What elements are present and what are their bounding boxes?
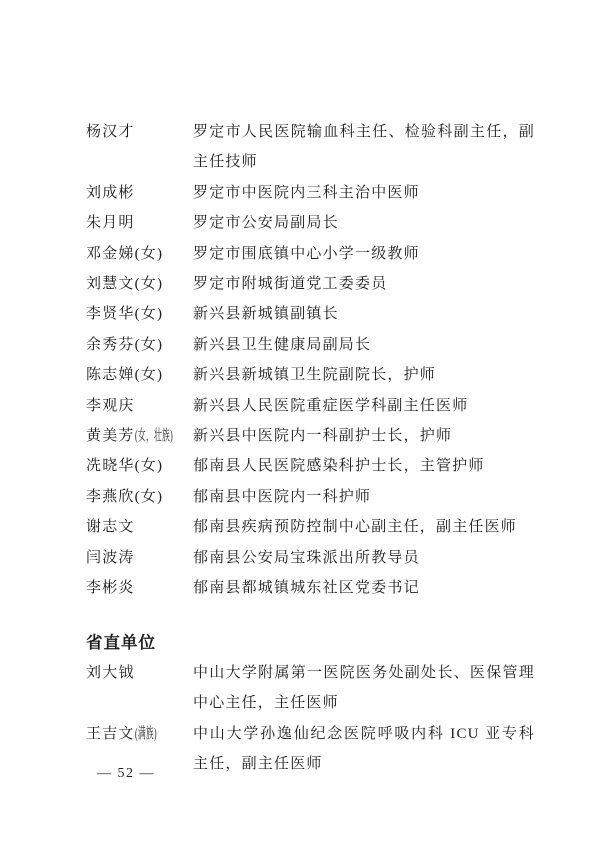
person-title: 郁南县都城镇城东社区党委书记 [193, 573, 535, 603]
list-item: 邓金娣(女)罗定市围底镇中心小学一级教师 [86, 239, 535, 269]
person-name: 陈志婵(女) [86, 360, 193, 390]
list-section: 杨汉才罗定市人民医院输血科主任、检验科副主任，副主任技师刘成彬罗定市中医院内三科… [86, 117, 535, 604]
person-name-text: 李彬炎 [86, 580, 135, 596]
person-name: 刘成彬 [86, 178, 193, 208]
person-name: 闫波涛 [86, 543, 193, 573]
person-title: 新兴县卫生健康局副局长 [193, 330, 535, 360]
person-title: 罗定市人民医院输血科主任、检验科副主任，副主任技师 [193, 117, 535, 178]
award-list: 杨汉才罗定市人民医院输血科主任、检验科副主任，副主任技师刘成彬罗定市中医院内三科… [86, 117, 535, 780]
document-page: 杨汉才罗定市人民医院输血科主任、检验科副主任，副主任技师刘成彬罗定市中医院内三科… [0, 0, 612, 859]
person-title: 新兴县新城镇副镇长 [193, 299, 535, 329]
page-number: — 52 — [97, 764, 155, 784]
person-title: 罗定市附城街道党工委委员 [193, 269, 535, 299]
person-name-text: 李观庆 [86, 398, 135, 414]
person-title: 罗定市公安局副局长 [193, 208, 535, 238]
person-name: 王吉文(满族) [86, 719, 193, 749]
person-title: 罗定市中医院内三科主治中医师 [193, 178, 535, 208]
person-title: 新兴县人民医院重症医学科副主任医师 [193, 391, 535, 421]
person-name-text: 李贤华(女) [86, 306, 163, 322]
person-name-text: 李燕欣(女) [86, 489, 163, 505]
person-name: 李彬炎 [86, 573, 193, 603]
list-item: 李燕欣(女)郁南县中医院内一科护师 [86, 482, 535, 512]
list-item: 李彬炎郁南县都城镇城东社区党委书记 [86, 573, 535, 603]
person-name: 杨汉才 [86, 117, 193, 147]
list-item: 黄美芳(女，壮族)新兴县中医院内一科副护士长，护师 [86, 421, 535, 451]
person-name-text: 朱月明 [86, 215, 135, 231]
list-section: 省直单位刘大钺中山大学附属第一医院医务处副处长、医保管理中心主任，主任医师王吉文… [86, 628, 535, 780]
person-title: 罗定市围底镇中心小学一级教师 [193, 239, 535, 269]
person-name-text: 刘成彬 [86, 185, 135, 201]
list-item: 刘慧文(女)罗定市附城街道党工委委员 [86, 269, 535, 299]
person-title: 郁南县疾病预防控制中心副主任，副主任医师 [193, 512, 535, 542]
person-name: 刘慧文(女) [86, 269, 193, 299]
person-name-text: 陈志婵(女) [86, 367, 163, 383]
person-title: 郁南县人民医院感染科护士长，主管护师 [193, 451, 535, 481]
person-name-text: 闫波涛 [86, 550, 135, 566]
person-title: 新兴县新城镇卫生院副院长，护师 [193, 360, 535, 390]
person-title: 中山大学附属第一医院医务处副处长、医保管理中心主任，主任医师 [193, 658, 535, 719]
list-item: 李贤华(女)新兴县新城镇副镇长 [86, 299, 535, 329]
person-name-text: 刘大钺 [86, 665, 135, 681]
person-name: 李贤华(女) [86, 299, 193, 329]
person-name-text: 刘慧文(女) [86, 276, 163, 292]
person-name-text: 邓金娣(女) [86, 246, 163, 262]
person-name-text: 冼晓华(女) [86, 458, 163, 474]
person-name-text: 黄美芳 [86, 428, 135, 444]
list-item: 李观庆新兴县人民医院重症医学科副主任医师 [86, 391, 535, 421]
list-item: 陈志婵(女)新兴县新城镇卫生院副院长，护师 [86, 360, 535, 390]
person-title: 中山大学孙逸仙纪念医院呼吸内科 ICU 亚专科主任，副主任医师 [193, 719, 535, 780]
person-name-text: 余秀芬(女) [86, 337, 163, 353]
person-name: 余秀芬(女) [86, 330, 193, 360]
person-name: 黄美芳(女，壮族) [86, 421, 193, 451]
list-item: 谢志文郁南县疾病预防控制中心副主任，副主任医师 [86, 512, 535, 542]
person-name-text: 谢志文 [86, 519, 135, 535]
person-name-text: 王吉文 [86, 726, 135, 742]
person-name: 邓金娣(女) [86, 239, 193, 269]
person-name: 谢志文 [86, 512, 193, 542]
person-title: 新兴县中医院内一科副护士长，护师 [193, 421, 535, 451]
person-name: 朱月明 [86, 208, 193, 238]
person-name: 李观庆 [86, 391, 193, 421]
list-item: 刘成彬罗定市中医院内三科主治中医师 [86, 178, 535, 208]
list-item: 冼晓华(女)郁南县人民医院感染科护士长，主管护师 [86, 451, 535, 481]
list-item: 余秀芬(女)新兴县卫生健康局副局长 [86, 330, 535, 360]
list-item: 闫波涛郁南县公安局宝珠派出所教导员 [86, 543, 535, 573]
list-item: 杨汉才罗定市人民医院输血科主任、检验科副主任，副主任技师 [86, 117, 535, 178]
person-title: 郁南县中医院内一科护师 [193, 482, 535, 512]
person-name: 冼晓华(女) [86, 451, 193, 481]
section-header: 省直单位 [86, 628, 535, 658]
person-title: 郁南县公安局宝珠派出所教导员 [193, 543, 535, 573]
list-item: 朱月明罗定市公安局副局长 [86, 208, 535, 238]
person-name: 刘大钺 [86, 658, 193, 688]
person-name-text: 杨汉才 [86, 124, 135, 140]
person-name-ethnicity-suffix: (女，壮族) [135, 421, 173, 451]
list-item: 刘大钺中山大学附属第一医院医务处副处长、医保管理中心主任，主任医师 [86, 658, 535, 719]
person-name: 李燕欣(女) [86, 482, 193, 512]
person-name-ethnicity-suffix: (满族) [135, 719, 157, 749]
